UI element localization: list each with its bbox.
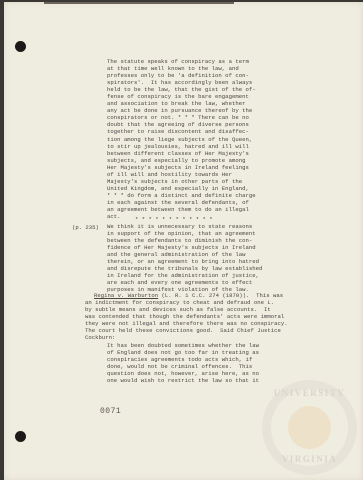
text-line: of England does not go too far in treati… (107, 349, 259, 356)
punch-hole-top (15, 41, 26, 52)
text-line: by subtle means and devices such as fals… (85, 306, 288, 313)
seal-top-text: UNIVERSITY (262, 388, 357, 398)
text-line: doubt that the agreeing of diverse perso… (107, 121, 256, 128)
seal-bottom-text: VIRGINIA (262, 454, 357, 464)
text-line: are each and every one agreements to eff… (107, 279, 262, 286)
margin-page-reference: (p. 235) (72, 224, 99, 231)
text-line: Her Majesty's subjects in Ireland feelin… (107, 164, 256, 171)
text-line: question does not, however, arise here, … (107, 370, 259, 377)
body-paragraph: an indictment for conspiracy to cheat an… (85, 299, 288, 341)
text-line: conspirators or not. * * * There can be … (107, 114, 256, 121)
case-name: Regina v. Warburton (94, 292, 158, 299)
text-line: at that time well known to the law, and (107, 65, 256, 72)
text-line: done, would not be criminal offences. Th… (107, 363, 259, 370)
text-line: subjects, and especially to promote amon… (107, 157, 256, 164)
text-line: they were not illegal and therefore ther… (85, 320, 288, 327)
text-line: * * * do form a distinct and definite ch… (107, 192, 256, 199)
quote-block-3: It has been doubted sometimes whether th… (107, 342, 259, 384)
text-line: therein, or an agreement to bring into h… (107, 258, 262, 265)
text-line: held to be the law, that the gist of the… (107, 86, 256, 93)
text-line: and the general administration of the la… (107, 251, 262, 258)
text-line: professes only to be 'a definition of co… (107, 72, 256, 79)
text-line: It has been doubted sometimes whether th… (107, 342, 259, 349)
document-page: The statute speaks of conspiracy as a te… (4, 2, 363, 480)
text-line: and association to break the law, whethe… (107, 100, 256, 107)
text-line: fense of conspiracy is the bare engageme… (107, 93, 256, 100)
rotunda-icon (288, 406, 331, 449)
text-line: to stir up jealousies, hatred and ill wi… (107, 143, 256, 150)
case-citation-line: Regina v. Warburton (L. R. 1 C.C. 274 (1… (94, 292, 283, 299)
text-line: was contended that though the defendants… (85, 313, 288, 320)
text-line: conspiracies agreements todo acts which,… (107, 356, 259, 363)
text-line: together to raise discontent and disaffe… (107, 128, 256, 135)
text-line: an agreement between them to do an illeg… (107, 206, 256, 213)
text-line: fidence of Her Majesty's subjects in Ire… (107, 244, 262, 251)
quote-block-1: The statute speaks of conspiracy as a te… (107, 58, 256, 220)
text-line: We think it is unnecessary to state reas… (107, 223, 262, 230)
text-line: in support of the opinion, that an agree… (107, 230, 262, 237)
text-line: any act be done in pursuance thereof by … (107, 107, 256, 114)
quote-block-2: We think it is unnecessary to state reas… (107, 223, 262, 293)
text-line: tion among the liege subjects of the Que… (107, 136, 256, 143)
asterisk-separator: * * * * * * * * * * * * (135, 216, 213, 223)
text-line: Cockburn: (85, 334, 288, 341)
text-line: between the defendants to diminish the c… (107, 237, 262, 244)
punch-hole-bottom (15, 431, 26, 442)
text-line: of ill will and hostility towards Her (107, 171, 256, 178)
text-line: and disrepute the tribunals by law estab… (107, 265, 262, 272)
text-line: Majesty's subjects in other parts of the (107, 178, 256, 185)
text-line: one would wish to restrict the law so th… (107, 377, 259, 384)
text-line: spirators'. It has accordingly been alwa… (107, 79, 256, 86)
text-line: an indictment for conspiracy to cheat an… (85, 299, 288, 306)
case-citation: (L. R. 1 C.C. 274 (1870)). This was (158, 292, 283, 299)
text-line: in each against the several defendants, … (107, 199, 256, 206)
text-line: United Kingdom, and especially in Englan… (107, 185, 256, 192)
text-line: The court held these convictions good. S… (85, 327, 288, 334)
text-line: The statute speaks of conspiracy as a te… (107, 58, 256, 65)
scan-edge-shadow (44, 2, 234, 4)
university-seal-watermark: UNIVERSITY VIRGINIA (262, 380, 357, 475)
page-number: 0071 (100, 407, 121, 416)
text-line: between different classes of Her Majesty… (107, 150, 256, 157)
text-line: in Ireland for the administration of jus… (107, 272, 262, 279)
